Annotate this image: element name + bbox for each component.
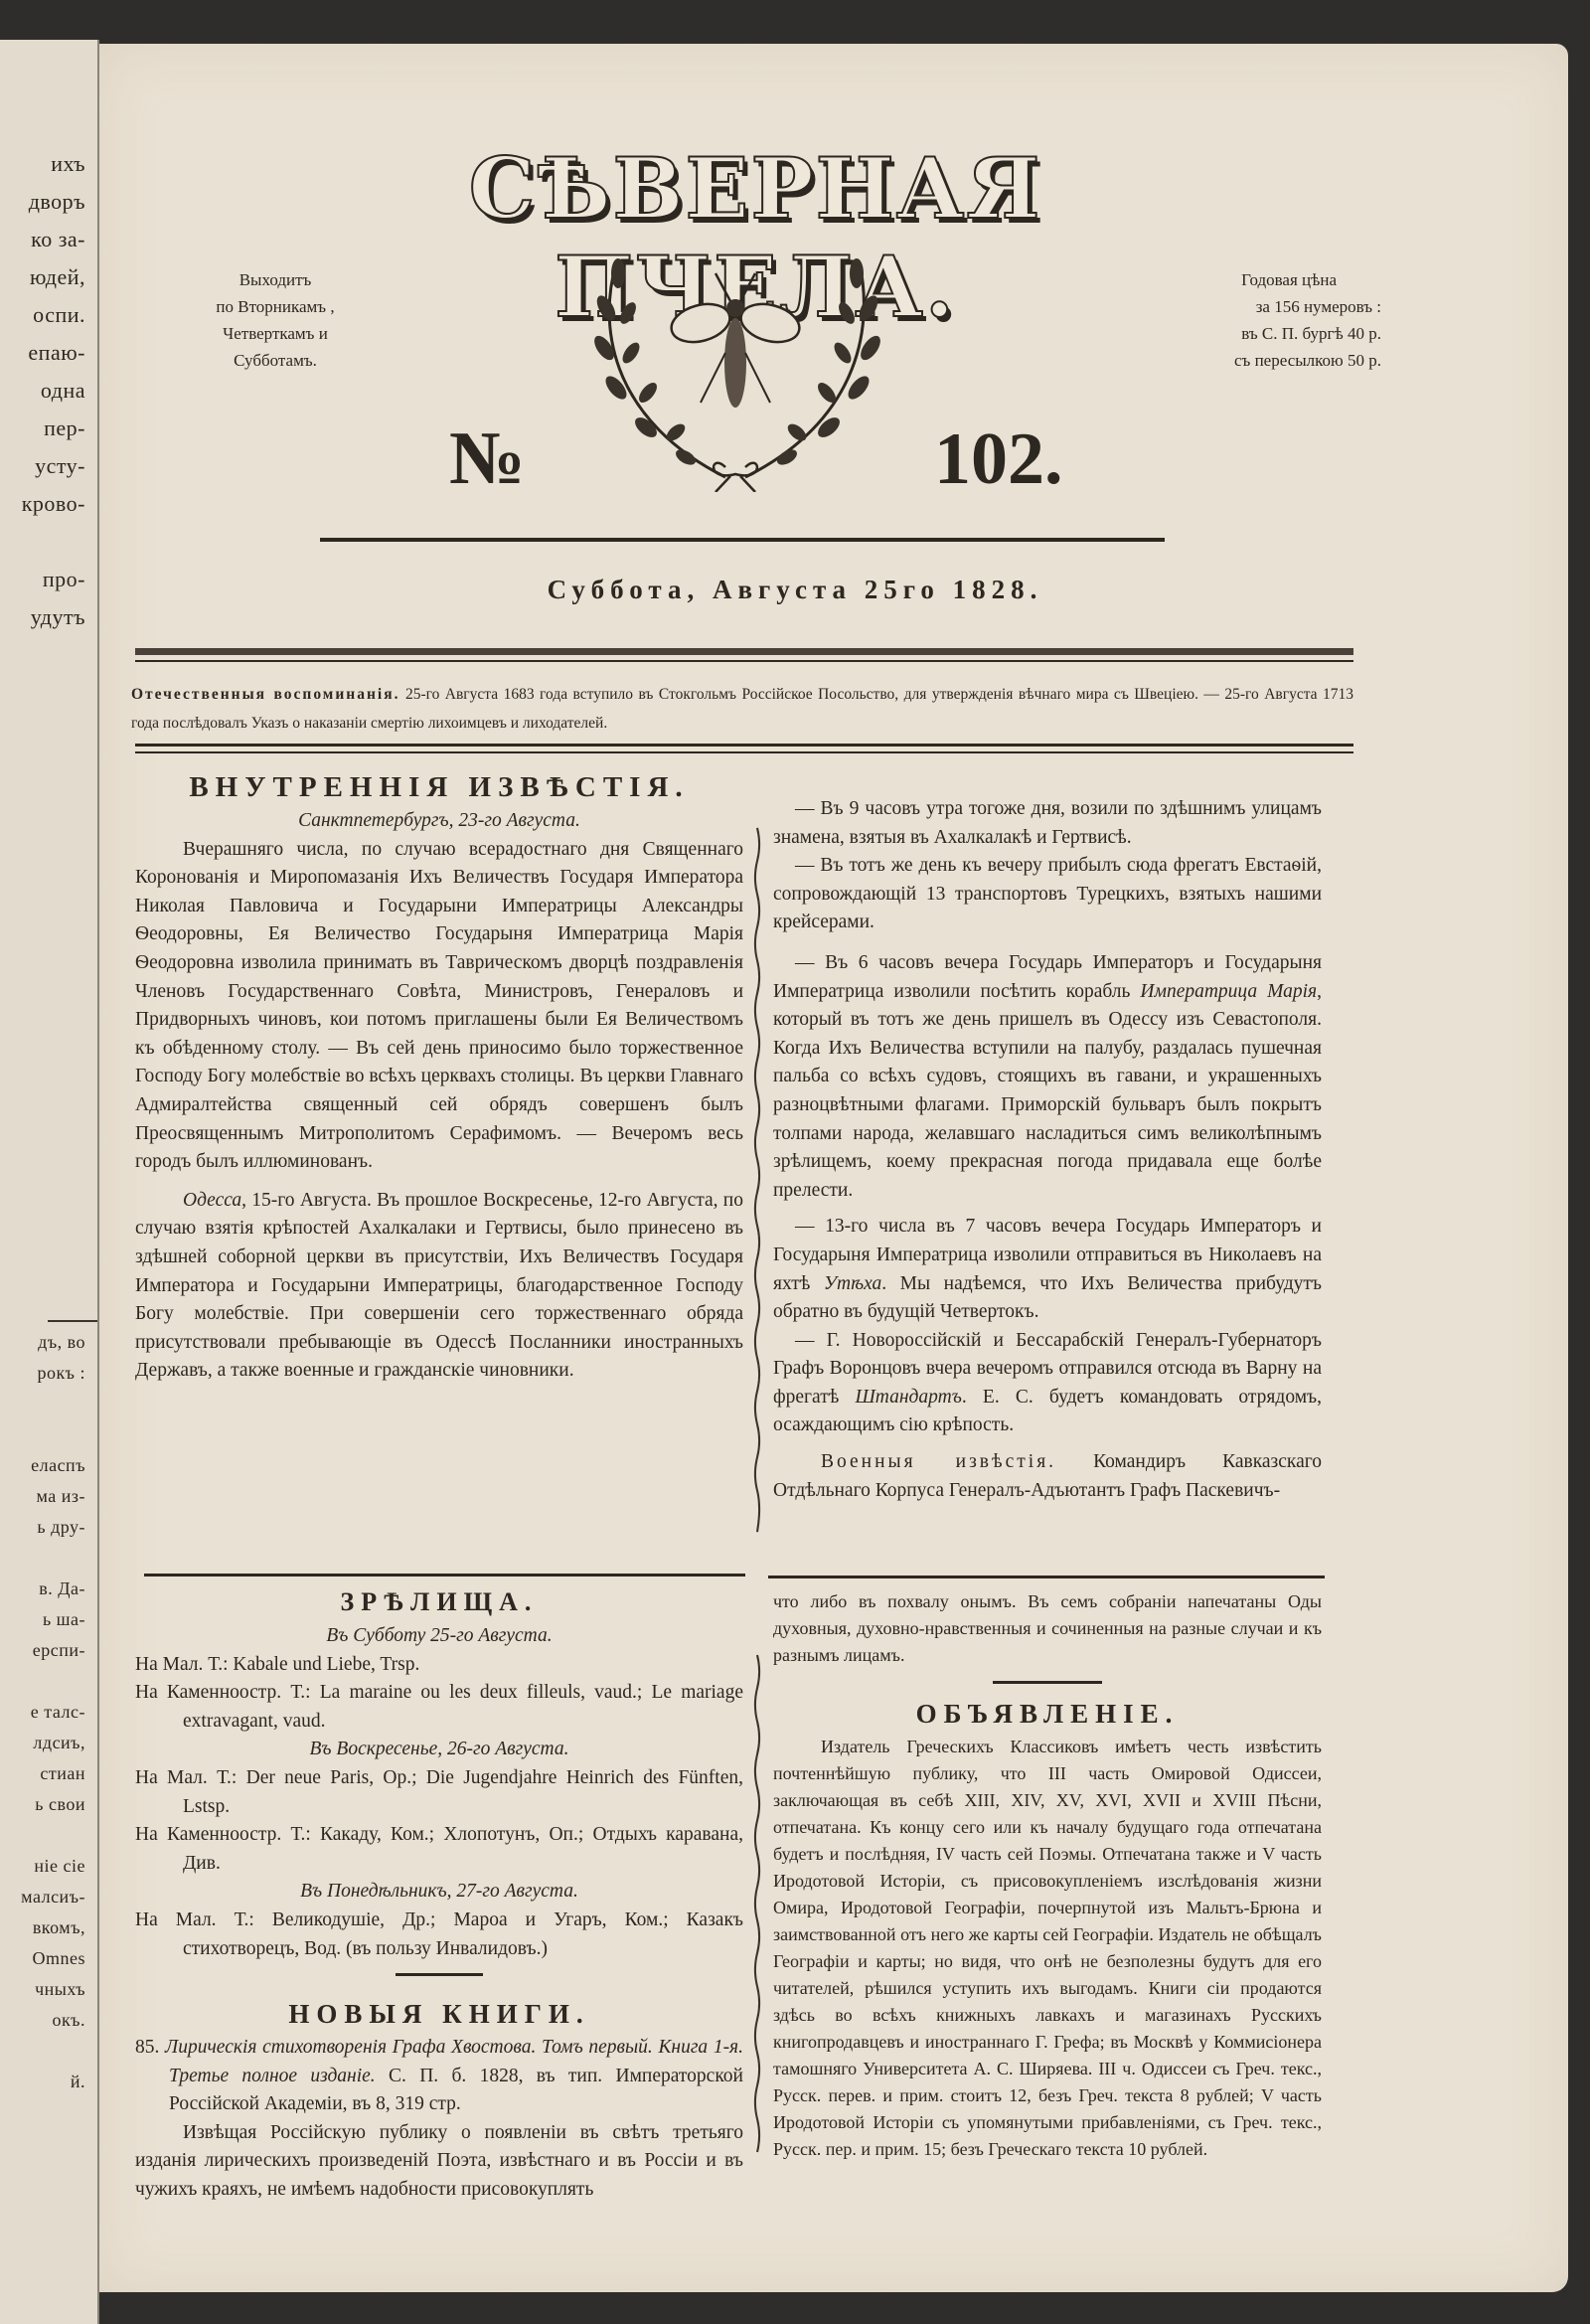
double-rule-thick — [135, 648, 1353, 655]
facing-page-rule — [48, 1320, 97, 1322]
right-column: — Въ 9 часовъ утра тогоже дня, возили по… — [773, 795, 1322, 1505]
facing-page-line: юдей, — [30, 264, 85, 290]
facing-page-fragment: ихъдворъко за-юдей,оспи.епаю-однапер-уст… — [0, 40, 99, 2324]
facing-page-line: дворъ — [29, 189, 85, 215]
facing-page-line: ма из- — [37, 1486, 86, 1507]
news-item: — Въ 9 часовъ утра тогоже дня, возили по… — [773, 795, 1322, 852]
theatre-venue: На Каменноостр. Т.: — [135, 1682, 311, 1703]
issue-number: 102. — [934, 417, 1063, 502]
facing-page-line: ерспи- — [33, 1640, 85, 1661]
facing-page-line: ь ша- — [43, 1609, 85, 1630]
coronation-paragraph: Вчерашняго числа, по случаю всерадостнаг… — [135, 836, 743, 1177]
annual-price: Годовая цѣна за 156 нумеровъ : въ С. П. … — [1143, 266, 1381, 374]
facing-page-line: лдсиъ, — [33, 1733, 85, 1753]
issue-number-sign: № — [449, 415, 525, 502]
theatre-venue: На Мал. Т.: — [135, 1654, 229, 1675]
theatre-entry: На Мал. Т.: Kabale und Liebe, Trsp. — [135, 1651, 743, 1680]
theatre-date: Въ Понедѣльникъ, 27-го Августа. — [135, 1878, 743, 1907]
theatre-date: Въ Субботу 25-го Августа. — [135, 1622, 743, 1651]
section-rule-thick — [135, 744, 1353, 747]
facing-page-line: стиан — [40, 1763, 85, 1784]
theatre-program: Der neue Paris, Op.; Die Jugendjahre Hei… — [183, 1767, 743, 1817]
theatre-entry: На Каменноостр. Т.: Какаду, Ком.; Хлопот… — [135, 1821, 743, 1878]
facing-page-line: крово- — [22, 491, 85, 517]
national-memories: Отечественныя воспоминанія. 25-го Август… — [131, 680, 1353, 738]
theatre-program: Великодушіе, Др.; Мароа и Угаръ, Ком.; К… — [183, 1909, 743, 1959]
theatre-entry: На Мал. Т.: Великодушіе, Др.; Мароа и Уг… — [135, 1907, 743, 1963]
facing-page-line: ь свои — [35, 1794, 85, 1815]
facing-page-line: е талс- — [31, 1702, 85, 1723]
column-divider-lower — [752, 1605, 762, 2202]
schedule-line: Четверткамъ и — [181, 320, 370, 347]
book-review-paragraph: Извѣщая Россійскую публику о появленіи в… — [135, 2119, 743, 2205]
theatre-title: ЗРѢЛИЩА. — [135, 1582, 743, 1622]
issue-dateline: Суббота, Августа 25го 1828. — [0, 575, 1590, 605]
short-rule — [396, 1973, 483, 1976]
publication-schedule: Выходитъ по Вторникамъ , Четверткамъ и С… — [181, 266, 370, 374]
facing-page-line: окъ. — [52, 2010, 85, 2031]
bee-wreath-emblem-icon — [576, 253, 894, 492]
yacht-name: Утѣха — [824, 1273, 881, 1294]
theatre-program: Kabale und Liebe, Trsp. — [233, 1654, 419, 1675]
ship-name: Императрица Марія — [1140, 981, 1317, 1002]
price-line: Годовая цѣна — [1143, 266, 1381, 293]
price-line: за 156 нумеровъ : — [1143, 293, 1381, 320]
facing-page-line: в. Да- — [39, 1578, 85, 1599]
facing-page-line: усту- — [35, 453, 85, 479]
theatre-section: ЗРѢЛИЩА. Въ Субботу 25-го Августа. На Ма… — [135, 1582, 743, 1986]
domestic-news-title: ВНУТРЕННІЯ ИЗВѢСТІЯ. — [135, 767, 743, 807]
news-text: , который въ тотъ же день пришелъ въ Оде… — [773, 981, 1322, 1201]
new-books-title: НОВЫЯ КНИГИ. — [135, 1994, 743, 2034]
theatre-venue: На Мал. Т.: — [135, 1767, 237, 1788]
left-column: ВНУТРЕННІЯ ИЗВѢСТІЯ. Санктпетербургъ, 23… — [135, 767, 743, 1386]
memorial-lead: Отечественныя воспоминанія. — [131, 686, 399, 703]
facing-page-line: й. — [71, 2072, 85, 2092]
military-news-lead: Военныя извѣстія. — [821, 1451, 1056, 1472]
facing-page-line: епаю- — [28, 340, 85, 366]
book-entry-number: 85. — [135, 2037, 159, 2058]
facing-page-line: ко за- — [31, 227, 85, 252]
right-column-lower: что либо въ похвалу онымъ. Въ семъ собра… — [773, 1588, 1322, 2163]
announcement-text: Издатель Греческихъ Классиковъ имѣетъ че… — [773, 1734, 1322, 2163]
facing-page-line: чныхъ — [35, 1979, 85, 2000]
facing-page-line: ніе сіе — [34, 1856, 85, 1877]
theatre-venue: На Мал. Т.: — [135, 1909, 254, 1930]
facing-page-line: удутъ — [31, 604, 85, 630]
facing-page-line: вкомъ, — [33, 1917, 85, 1938]
column-rule — [768, 1576, 1325, 1578]
facing-page-line: рокъ : — [37, 1363, 85, 1384]
schedule-line: по Вторникамъ , — [181, 293, 370, 320]
facing-page-line: ихъ — [51, 151, 85, 177]
continued-text: что либо въ похвалу онымъ. Въ семъ собра… — [773, 1588, 1322, 1669]
column-divider — [752, 757, 762, 1602]
facing-page-line: елаcпъ — [31, 1455, 85, 1476]
facing-page-line: пер- — [44, 415, 85, 441]
facing-page-line: оспи. — [33, 302, 85, 328]
schedule-line: Выходитъ — [181, 266, 370, 293]
theatre-entry: На Каменноостр. Т.: La maraine ou les de… — [135, 1679, 743, 1736]
theatre-entry: На Мал. Т.: Der neue Paris, Op.; Die Jug… — [135, 1764, 743, 1821]
short-rule — [993, 1681, 1102, 1684]
facing-page-line: малсиъ- — [21, 1887, 85, 1908]
masthead-rule — [320, 538, 1165, 542]
theatre-date: Въ Воскресенье, 26-го Августа. — [135, 1736, 743, 1764]
section-rule-thin — [135, 751, 1353, 753]
price-line: съ пересылкою 50 р. — [1143, 347, 1381, 374]
column-rule — [144, 1574, 745, 1577]
facing-page-line: одна — [41, 378, 85, 404]
news-item: — 13-го числа въ 7 часовъ вечера Государ… — [773, 1213, 1322, 1326]
domestic-news-dateline: Санктпетербургъ, 23-го Августа. — [135, 807, 743, 836]
military-news: Военныя извѣстія. Командиръ Кавказскаго … — [773, 1448, 1322, 1505]
news-item: — Въ 6 часовъ вечера Государь Императоръ… — [773, 949, 1322, 1205]
book-entry: 85. Лирическія стихотворенія Графа Хвост… — [135, 2034, 743, 2119]
facing-page-line: дъ, во — [38, 1332, 85, 1353]
news-item: — Г. Новороссійскій и Бессарабскій Генер… — [773, 1327, 1322, 1440]
double-rule-thin — [135, 660, 1353, 662]
facing-page-line: ь дру- — [37, 1517, 85, 1538]
odessa-place: Одесса — [183, 1190, 241, 1211]
new-books-section: НОВЫЯ КНИГИ. 85. Лирическія стихотворені… — [135, 1994, 743, 2205]
price-line: въ С. П. бургѣ 40 р. — [1143, 320, 1381, 347]
announcement-title: ОБЪЯВЛЕНІЕ. — [773, 1694, 1322, 1734]
news-item: — Въ тотъ же день къ вечеру прибылъ сюда… — [773, 852, 1322, 937]
odessa-text: , 15-го Августа. Въ прошлое Воскресенье,… — [135, 1190, 743, 1382]
facing-page-line: Omnes — [33, 1948, 86, 1969]
frigate-name: Штандартъ — [855, 1387, 961, 1408]
schedule-line: Субботамъ. — [181, 347, 370, 374]
odessa-paragraph: Одесса, 15-го Августа. Въ прошлое Воскре… — [135, 1187, 743, 1386]
theatre-venue: На Каменноостр. Т.: — [135, 1824, 311, 1845]
